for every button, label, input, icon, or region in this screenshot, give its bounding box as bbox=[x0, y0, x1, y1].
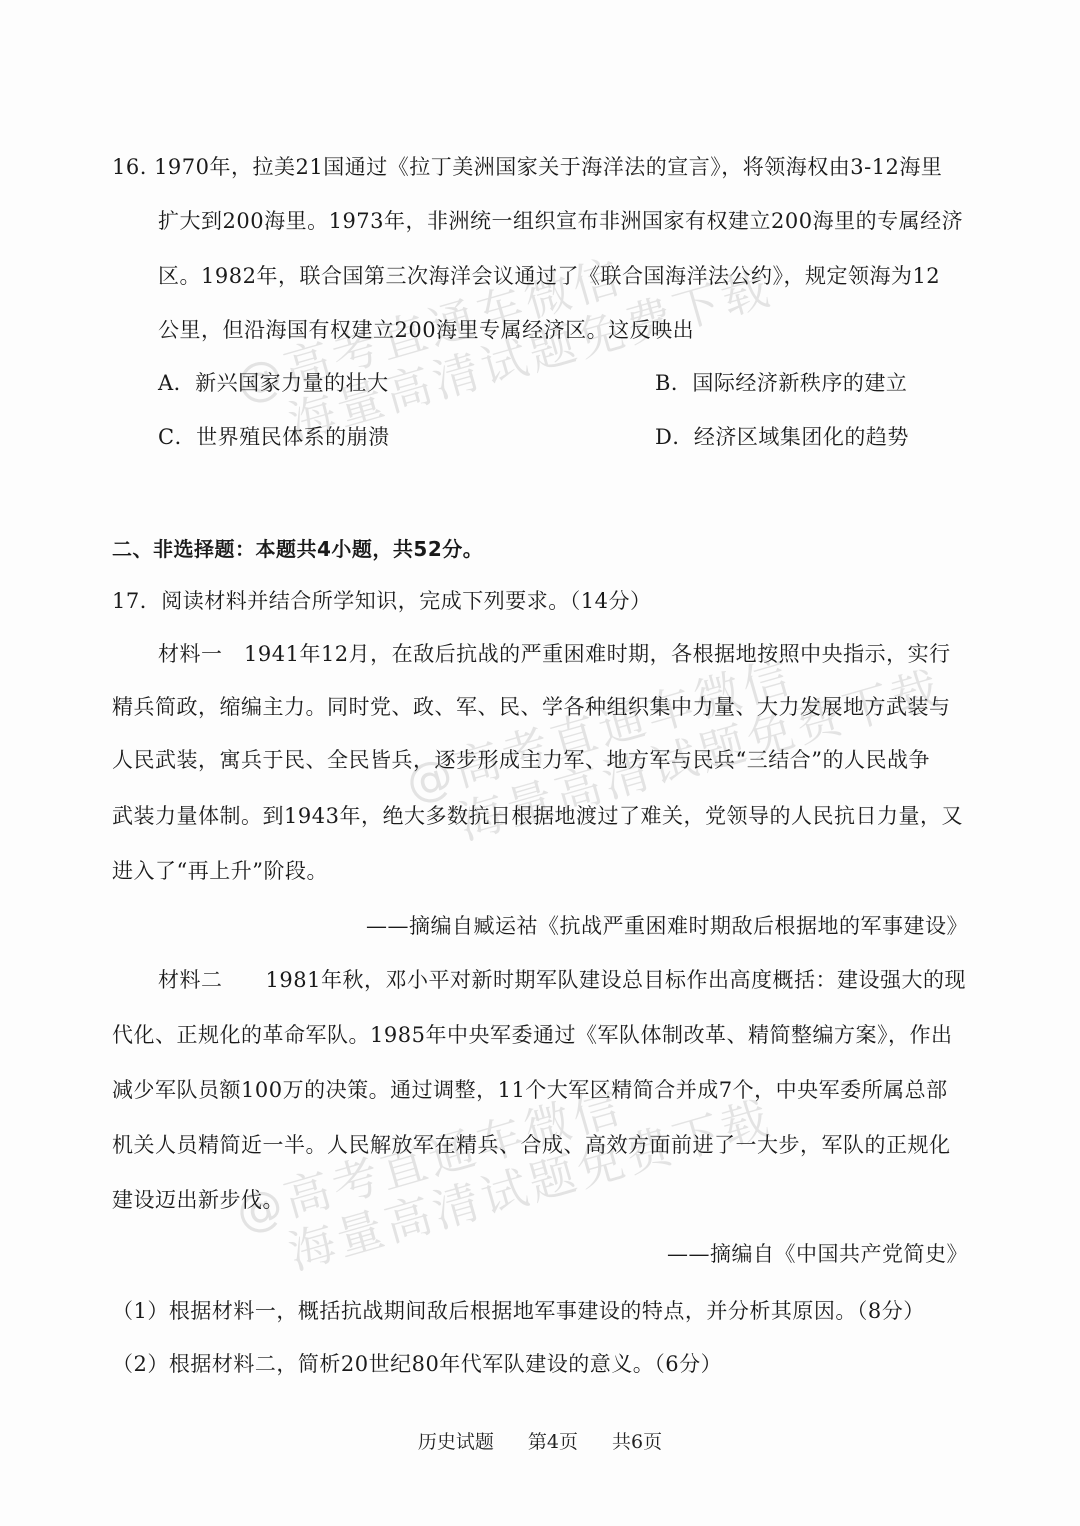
material1-line-2: 精兵简政，缩编主力。同时党、政、军、民、学各种组织集中力量、大力发展地方武装与 bbox=[112, 693, 951, 721]
material1-line-1: 材料一 1941年12月，在敌后抗战的严重困难时期，各根据地按照中央指示，实行 bbox=[158, 640, 951, 668]
sub-question-2: （2）根据材料二，简析20世纪80年代军队建设的意义。（6分） bbox=[112, 1350, 722, 1378]
material1-line-4: 武装力量体制。到1943年，绝大多数抗日根据地渡过了难关，党领导的人民抗日力量，… bbox=[112, 802, 963, 830]
option-b: B．国际经济新秩序的建立 bbox=[655, 369, 907, 397]
exam-page: @高考直通车微信 海量高清试题免费下载 @高考直通车微信 海量高清试题免费下载 … bbox=[0, 0, 1080, 1526]
material2-line-1: 材料二 1981年秋，邓小平对新时期军队建设总目标作出高度概括：建设强大的现 bbox=[158, 966, 966, 994]
q16-line-4: 公里，但沿海国有权建立200海里专属经济区。这反映出 bbox=[158, 316, 694, 344]
material2-source: ——摘编自《中国共产党简史》 bbox=[667, 1240, 968, 1268]
material1-line-5: 进入了“再上升”阶段。 bbox=[112, 857, 328, 885]
footer-subject: 历史试题 bbox=[418, 1431, 494, 1453]
material2-line-3: 减少军队员额100万的决策。通过调整，11个大军区精简合并成7个，中央军委所属总… bbox=[112, 1076, 948, 1104]
option-d: D．经济区域集团化的趋势 bbox=[655, 423, 909, 451]
q16-line-3: 区。1982年，联合国第三次海洋会议通过了《联合国海洋法公约》，规定领海为12 bbox=[158, 262, 940, 290]
page-footer: 历史试题 第4页 共6页 bbox=[0, 1427, 1080, 1454]
material1-line-3: 人民武装，寓兵于民、全民皆兵，逐步形成主力军、地方军与民兵“三结合”的人民战争 bbox=[112, 746, 930, 774]
material1-source: ——摘编自臧运祜《抗战严重困难时期敌后根据地的军事建设》 bbox=[366, 912, 968, 940]
option-c: C．世界殖民体系的崩溃 bbox=[158, 423, 390, 451]
footer-page-number: 第4页 bbox=[528, 1431, 578, 1453]
material2-line-4: 机关人员精简近一半。人民解放军在精兵、合成、高效方面前进了一大步，军队的正规化 bbox=[112, 1131, 951, 1159]
material2-line-2: 代化、正规化的革命军队。1985年中央军委通过《军队体制改革、精简整编方案》，作… bbox=[112, 1021, 952, 1049]
option-a: A．新兴国家力量的壮大 bbox=[158, 369, 389, 397]
q16-line-2: 扩大到200海里。1973年，非洲统一组织宣布非洲国家有权建立200海里的专属经… bbox=[158, 207, 963, 235]
section-heading: 二、非选择题：本题共4小题，共52分。 bbox=[112, 535, 483, 563]
sub-question-1: （1）根据材料一，概括抗战期间敌后根据地军事建设的特点，并分析其原因。（8分） bbox=[112, 1297, 925, 1325]
material2-line-5: 建设迈出新步伐。 bbox=[112, 1186, 284, 1214]
q16-line-1: 16. 1970年，拉美21国通过《拉丁美洲国家关于海洋法的宣言》，将领海权由3… bbox=[112, 153, 942, 181]
q17-title: 17．阅读材料并结合所学知识，完成下列要求。（14分） bbox=[112, 587, 651, 615]
footer-total-pages: 共6页 bbox=[612, 1431, 662, 1453]
